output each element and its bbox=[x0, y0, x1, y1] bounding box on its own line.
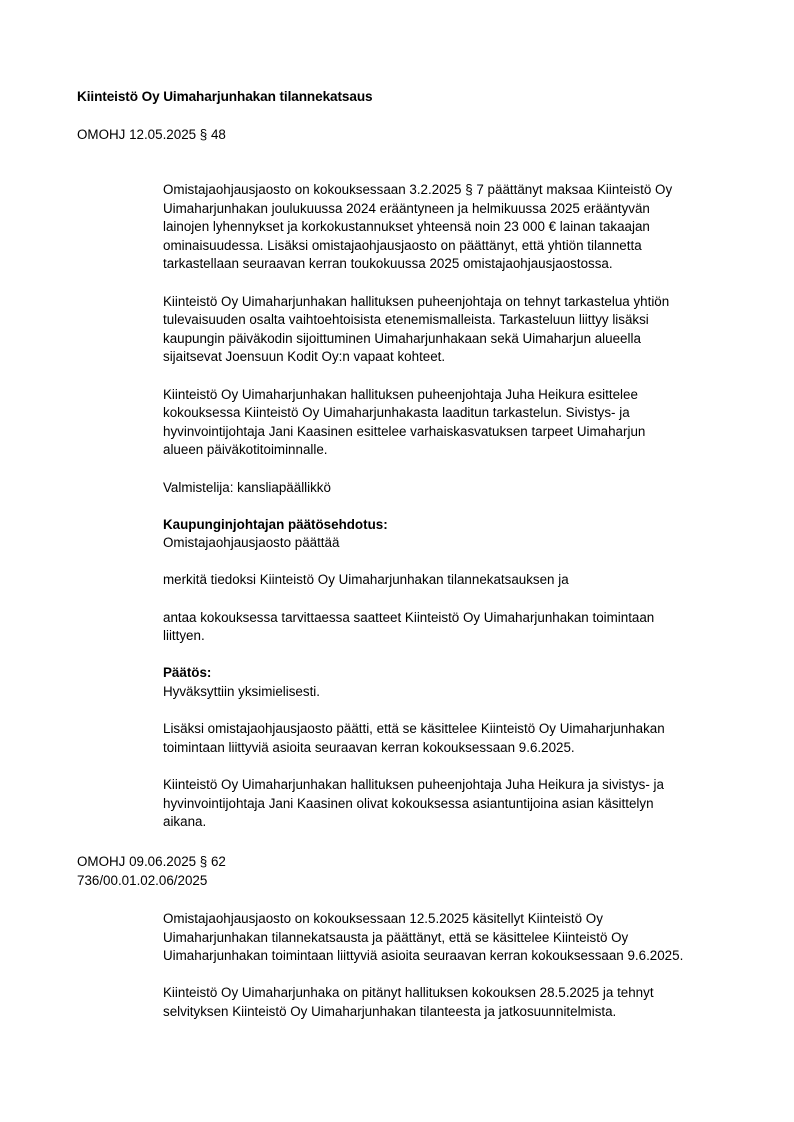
decision-paragraph-1: Lisäksi omistajaohjausjaosto päätti, ett… bbox=[163, 720, 743, 757]
section-2-paragraph-2: Kiinteistö Oy Uimaharjunhaka on pitänyt … bbox=[163, 984, 743, 1021]
text-line: sijaitsevat Joensuun Kodit Oy:n vapaat k… bbox=[163, 348, 743, 367]
proposal-heading: Kaupunginjohtajan päätösehdotus: bbox=[163, 516, 743, 535]
text-line: ominaisuudessa. Lisäksi omistajaohjausja… bbox=[163, 237, 743, 256]
decision-paragraph-2: Kiinteistö Oy Uimaharjunhakan hallitukse… bbox=[163, 776, 743, 832]
section-1-body: Omistajaohjausjaosto on kokouksessaan 3.… bbox=[163, 181, 743, 832]
text-line: Omistajaohjausjaosto on kokouksessaan 3.… bbox=[163, 181, 743, 200]
text-line: tulevaisuuden osalta vaihtoehtoisista et… bbox=[163, 311, 743, 330]
document-title: Kiinteistö Oy Uimaharjunhakan tilannekat… bbox=[77, 88, 373, 107]
section-2-body: Omistajaohjausjaosto on kokouksessaan 12… bbox=[163, 910, 743, 1022]
background-paragraph-3: Kiinteistö Oy Uimaharjunhakan hallitukse… bbox=[163, 386, 743, 460]
decision-text: Hyväksyttiin yksimielisesti. bbox=[163, 683, 743, 702]
text-line: lainojen lyhennykset ja korkokustannukse… bbox=[163, 218, 743, 237]
text-line: kokouksessa Kiinteistö Oy Uimaharjunhaka… bbox=[163, 404, 743, 423]
proposal-item-2: antaa kokouksessa tarvittaessa saatteet … bbox=[163, 609, 743, 646]
text-line: Lisäksi omistajaohjausjaosto päätti, ett… bbox=[163, 720, 743, 739]
text-line: antaa kokouksessa tarvittaessa saatteet … bbox=[163, 609, 743, 628]
meeting-reference-2-text: OMOHJ 09.06.2025 § 62 bbox=[77, 853, 226, 872]
proposal-intro: Omistajaohjausjaosto päättää bbox=[163, 534, 743, 553]
text-line: merkitä tiedoksi Kiinteistö Oy Uimaharju… bbox=[163, 571, 743, 590]
document-page: Kiinteistö Oy Uimaharjunhakan tilannekat… bbox=[0, 0, 794, 1122]
text-line: Kiinteistö Oy Uimaharjunhakan hallitukse… bbox=[163, 293, 743, 312]
text-line: tarkastellaan seuraavan kerran toukokuus… bbox=[163, 255, 743, 274]
meeting-reference-1: OMOHJ 12.05.2025 § 48 bbox=[77, 126, 226, 145]
text-line: Kiinteistö Oy Uimaharjunhakan hallitukse… bbox=[163, 386, 743, 405]
section-2-paragraph-1: Omistajaohjausjaosto on kokouksessaan 12… bbox=[163, 910, 743, 966]
decision-heading: Päätös: bbox=[163, 664, 743, 683]
text-line: Kiinteistö Oy Uimaharjunhaka on pitänyt … bbox=[163, 984, 743, 1003]
proposal-block: Kaupunginjohtajan päätösehdotus: Omistaj… bbox=[163, 516, 743, 553]
text-line: Uimaharjunhakan tilannekatsausta ja päät… bbox=[163, 929, 743, 948]
decision-block: Päätös: Hyväksyttiin yksimielisesti. bbox=[163, 664, 743, 701]
text-line: aikana. bbox=[163, 813, 743, 832]
meeting-reference-2: OMOHJ 09.06.2025 § 62 736/00.01.02.06/20… bbox=[77, 853, 226, 890]
text-line: liittyen. bbox=[163, 627, 743, 646]
text-line: Kiinteistö Oy Uimaharjunhakan hallitukse… bbox=[163, 776, 743, 795]
background-paragraph-1: Omistajaohjausjaosto on kokouksessaan 3.… bbox=[163, 181, 743, 274]
text-line: Omistajaohjausjaosto on kokouksessaan 12… bbox=[163, 910, 743, 929]
text-line: alueen päiväkotitoiminnalle. bbox=[163, 441, 743, 460]
record-number: 736/00.01.02.06/2025 bbox=[77, 872, 226, 891]
text-line: toimintaan liittyviä asioita seuraavan k… bbox=[163, 739, 743, 758]
text-line: hyvinvointijohtaja Jani Kaasinen esittel… bbox=[163, 423, 743, 442]
text-line: Uimaharjunhakan toimintaan liittyviä asi… bbox=[163, 947, 743, 966]
text-line: Uimaharjunhakan joulukuussa 2024 eräänty… bbox=[163, 200, 743, 219]
text-line: selvityksen Kiinteistö Oy Uimaharjunhaka… bbox=[163, 1003, 743, 1022]
proposal-item-1: merkitä tiedoksi Kiinteistö Oy Uimaharju… bbox=[163, 571, 743, 590]
preparer-line: Valmistelija: kansliapäällikkö bbox=[163, 479, 743, 498]
background-paragraph-2: Kiinteistö Oy Uimaharjunhakan hallitukse… bbox=[163, 293, 743, 367]
text-line: kaupungin päiväkodin sijoittuminen Uimah… bbox=[163, 330, 743, 349]
text-line: hyvinvointijohtaja Jani Kaasinen olivat … bbox=[163, 795, 743, 814]
